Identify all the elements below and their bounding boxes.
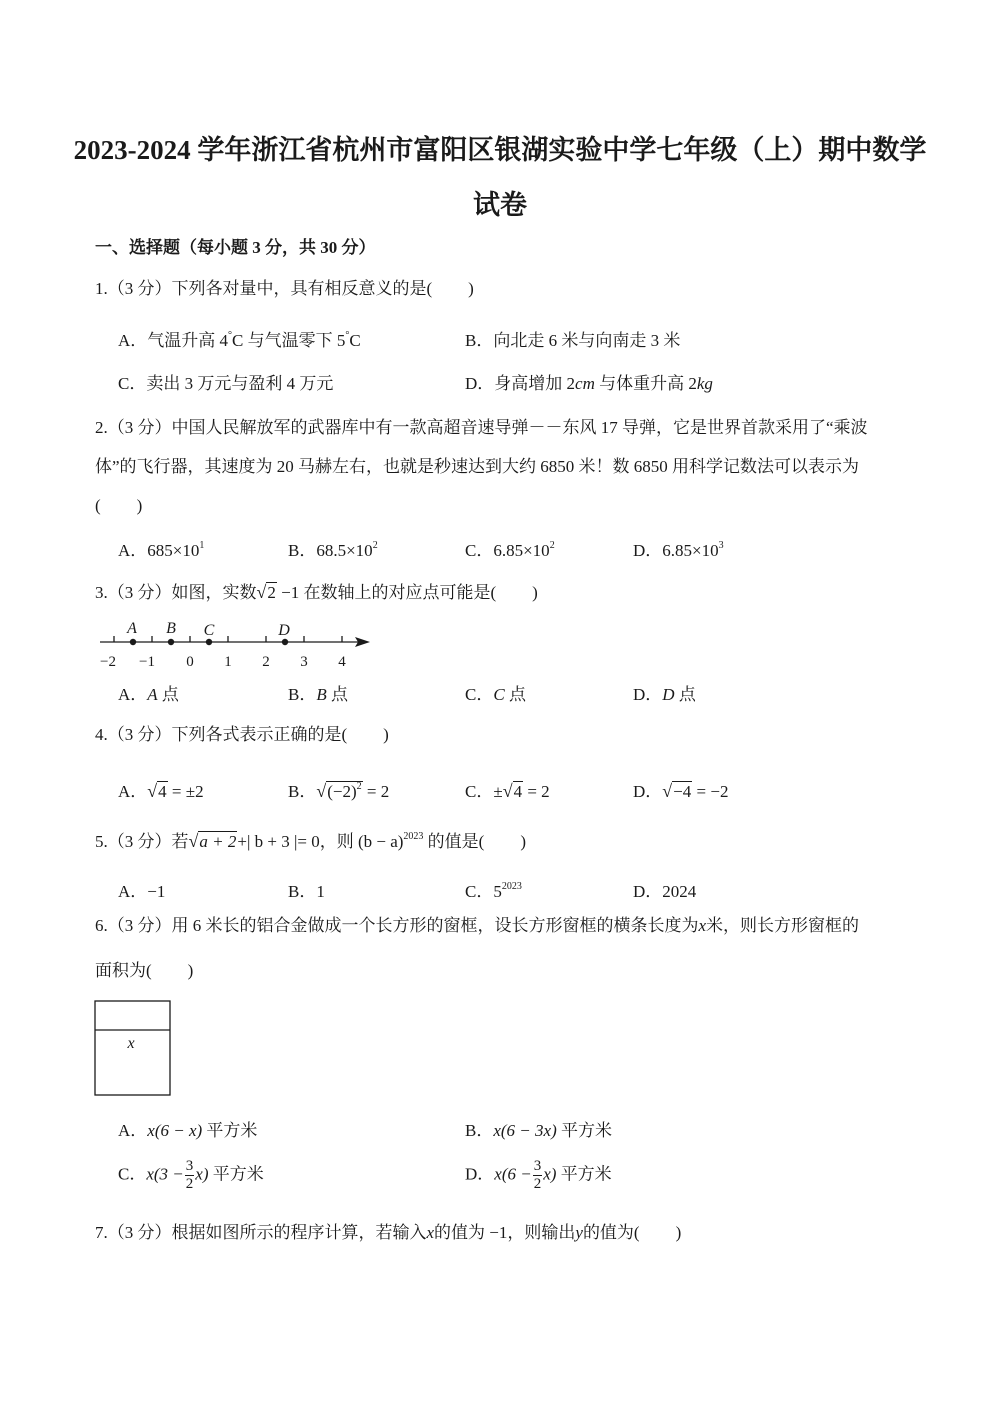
question-2-option-d[interactable]: D．6.85×103: [633, 536, 724, 561]
svg-text:1: 1: [224, 654, 232, 670]
page-title-line2: 试卷: [0, 183, 1000, 222]
svg-text:B: B: [166, 620, 176, 637]
question-5-option-a[interactable]: A．−1: [118, 877, 165, 902]
question-7-stem: 7.（3 分）根据如图所示的程序计算，若输入x的值为 −1，则输出y的值为(): [95, 1222, 681, 1244]
sqrt-expression: √2: [257, 581, 277, 604]
question-4-stem: 4.（3 分）下列各式表示正确的是(): [95, 724, 389, 746]
point-a: [130, 639, 136, 645]
svg-text:−1: −1: [139, 654, 155, 670]
question-6-option-a[interactable]: A．x(6 − x) 平方米: [118, 1116, 257, 1141]
question-2-stem-line3: (): [95, 495, 142, 517]
question-5-stem: 5.（3 分）若√a + 2+| b + 3 |= 0，则 (b − a)202…: [95, 830, 526, 853]
fraction: 32: [533, 1158, 543, 1193]
point-d: [282, 639, 288, 645]
question-4-option-b[interactable]: B．√(−2)2 = 2: [288, 777, 389, 802]
question-3-option-c[interactable]: C．C 点: [465, 680, 526, 705]
question-6-option-b[interactable]: B．x(6 − 3x) 平方米: [465, 1116, 612, 1141]
question-5-option-d[interactable]: D．2024: [633, 877, 696, 902]
question-3-stem: 3.（3 分）如图，实数√2 −1 在数轴上的对应点可能是(): [95, 581, 538, 604]
question-1-stem: 1.（3 分）下列各对量中，具有相反意义的是(): [95, 278, 474, 300]
question-6-stem-line2: 面积为(): [95, 960, 193, 982]
svg-text:C: C: [204, 622, 215, 639]
question-5-option-b[interactable]: B．1: [288, 877, 325, 902]
section-header-multiple-choice: 一、选择题（每小题 3 分，共 30 分）: [95, 233, 376, 258]
question-3-option-a[interactable]: A．A 点: [118, 680, 179, 705]
svg-text:x: x: [126, 1035, 134, 1052]
number-line-figure: A B C D −2 −1 0 1 2 3 4: [92, 614, 382, 674]
question-text: 下列各对量中，具有相反意义的是(: [172, 279, 433, 298]
page-title-line1: 2023-2024 学年浙江省杭州市富阳区银湖实验中学七年级（上）期中数学: [0, 128, 1000, 167]
svg-text:−2: −2: [100, 654, 116, 670]
point-b: [168, 639, 174, 645]
question-2-stem-line2: 体”的飞行器，其速度为 20 马赫左右，也就是秒速达到大约 6850 米！数 6…: [95, 456, 859, 478]
question-6-option-c[interactable]: C．x(3 −32x) 平方米: [118, 1158, 264, 1193]
svg-text:3: 3: [300, 654, 308, 670]
question-4-option-a[interactable]: A．√4 = ±2: [118, 777, 204, 802]
question-score: （3 分）: [108, 279, 172, 298]
question-3-option-d[interactable]: D．D 点: [633, 680, 696, 705]
svg-text:D: D: [277, 622, 290, 639]
question-4-option-c[interactable]: C．±√4 = 2: [465, 777, 550, 802]
question-2-option-a[interactable]: A．685×101: [118, 536, 204, 561]
question-2-stem-line1: 2.（3 分）中国人民解放军的武器库中有一款高超音速导弹－－东风 17 导弹，它…: [95, 417, 868, 439]
svg-text:0: 0: [186, 654, 194, 670]
svg-text:A: A: [126, 620, 137, 637]
question-6-option-d[interactable]: D．x(6 −32x) 平方米: [465, 1158, 612, 1193]
question-2-option-b[interactable]: B．68.5×102: [288, 536, 378, 561]
fraction: 32: [185, 1158, 195, 1193]
question-2-option-c[interactable]: C．6.85×102: [465, 536, 555, 561]
question-1-option-d[interactable]: D．身高增加 2cm 与体重升高 2kg: [465, 369, 713, 394]
question-1-option-b[interactable]: B．向北走 6 米与向南走 3 米: [465, 326, 680, 351]
window-frame-figure: x: [94, 1000, 172, 1097]
question-5-option-c[interactable]: C．52023: [465, 877, 522, 902]
question-6-stem-line1: 6.（3 分）用 6 米长的铝合金做成一个长方形的窗框，设长方形窗框的横条长度为…: [95, 915, 859, 937]
svg-text:4: 4: [338, 654, 346, 670]
svg-text:2: 2: [262, 654, 270, 670]
question-number: 1.: [95, 279, 108, 298]
point-c: [206, 639, 212, 645]
question-1-option-a[interactable]: A．气温升高 4°C 与气温零下 5°C: [118, 326, 361, 351]
question-4-option-d[interactable]: D．√−4 = −2: [633, 777, 728, 802]
question-3-option-b[interactable]: B．B 点: [288, 680, 348, 705]
question-1-option-c[interactable]: C．卖出 3 万元与盈利 4 万元: [118, 369, 333, 394]
